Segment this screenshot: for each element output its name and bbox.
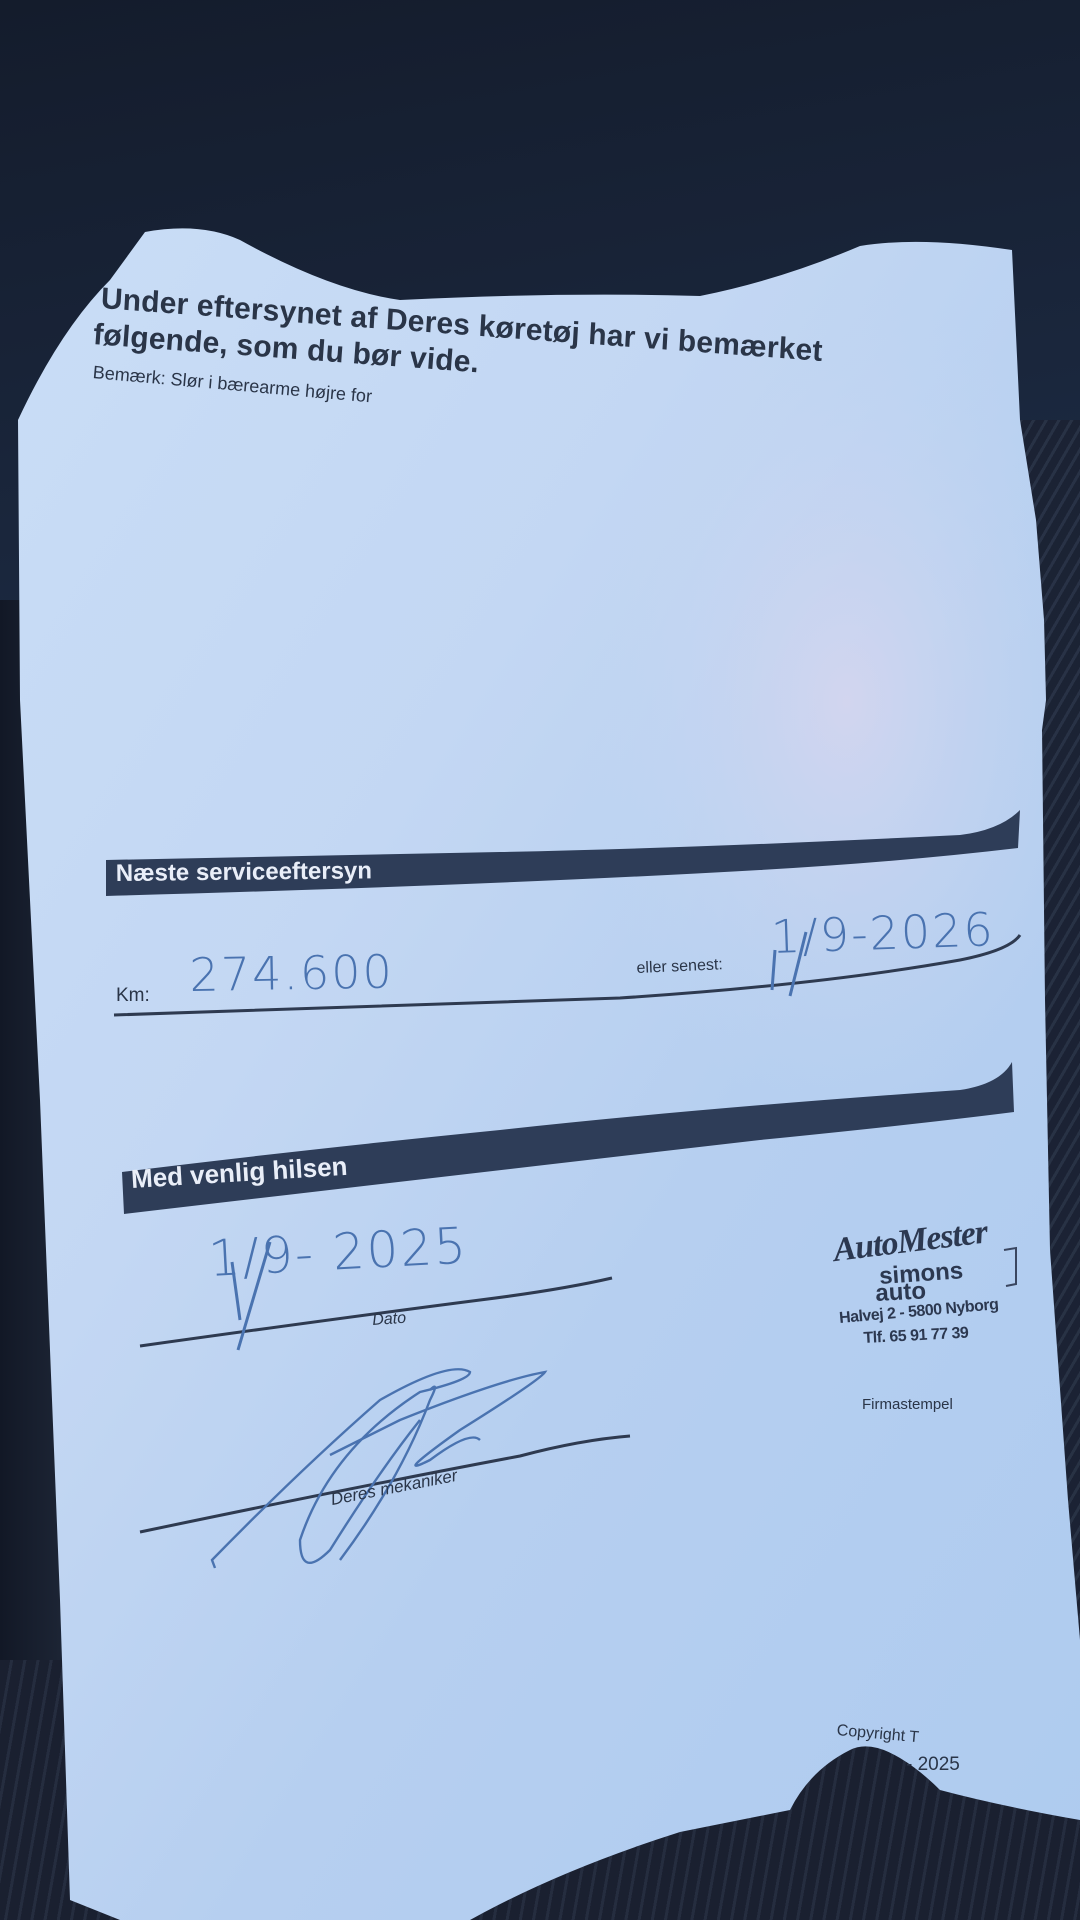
deadline-label: eller senest: [636,956,723,978]
km-value: 274.600 [189,944,394,1002]
date-label: Dato [372,1310,407,1330]
deadline-value: 1/9-2026 [770,902,995,964]
copyright-year: - 2025 [906,1754,960,1776]
company-stamp-label: Firmastempel [862,1396,953,1413]
section-title-next-service: Næste serviceeftersyn [116,857,372,888]
stamp-name-line-2: auto [875,1280,927,1305]
km-label: Km: [116,985,150,1007]
